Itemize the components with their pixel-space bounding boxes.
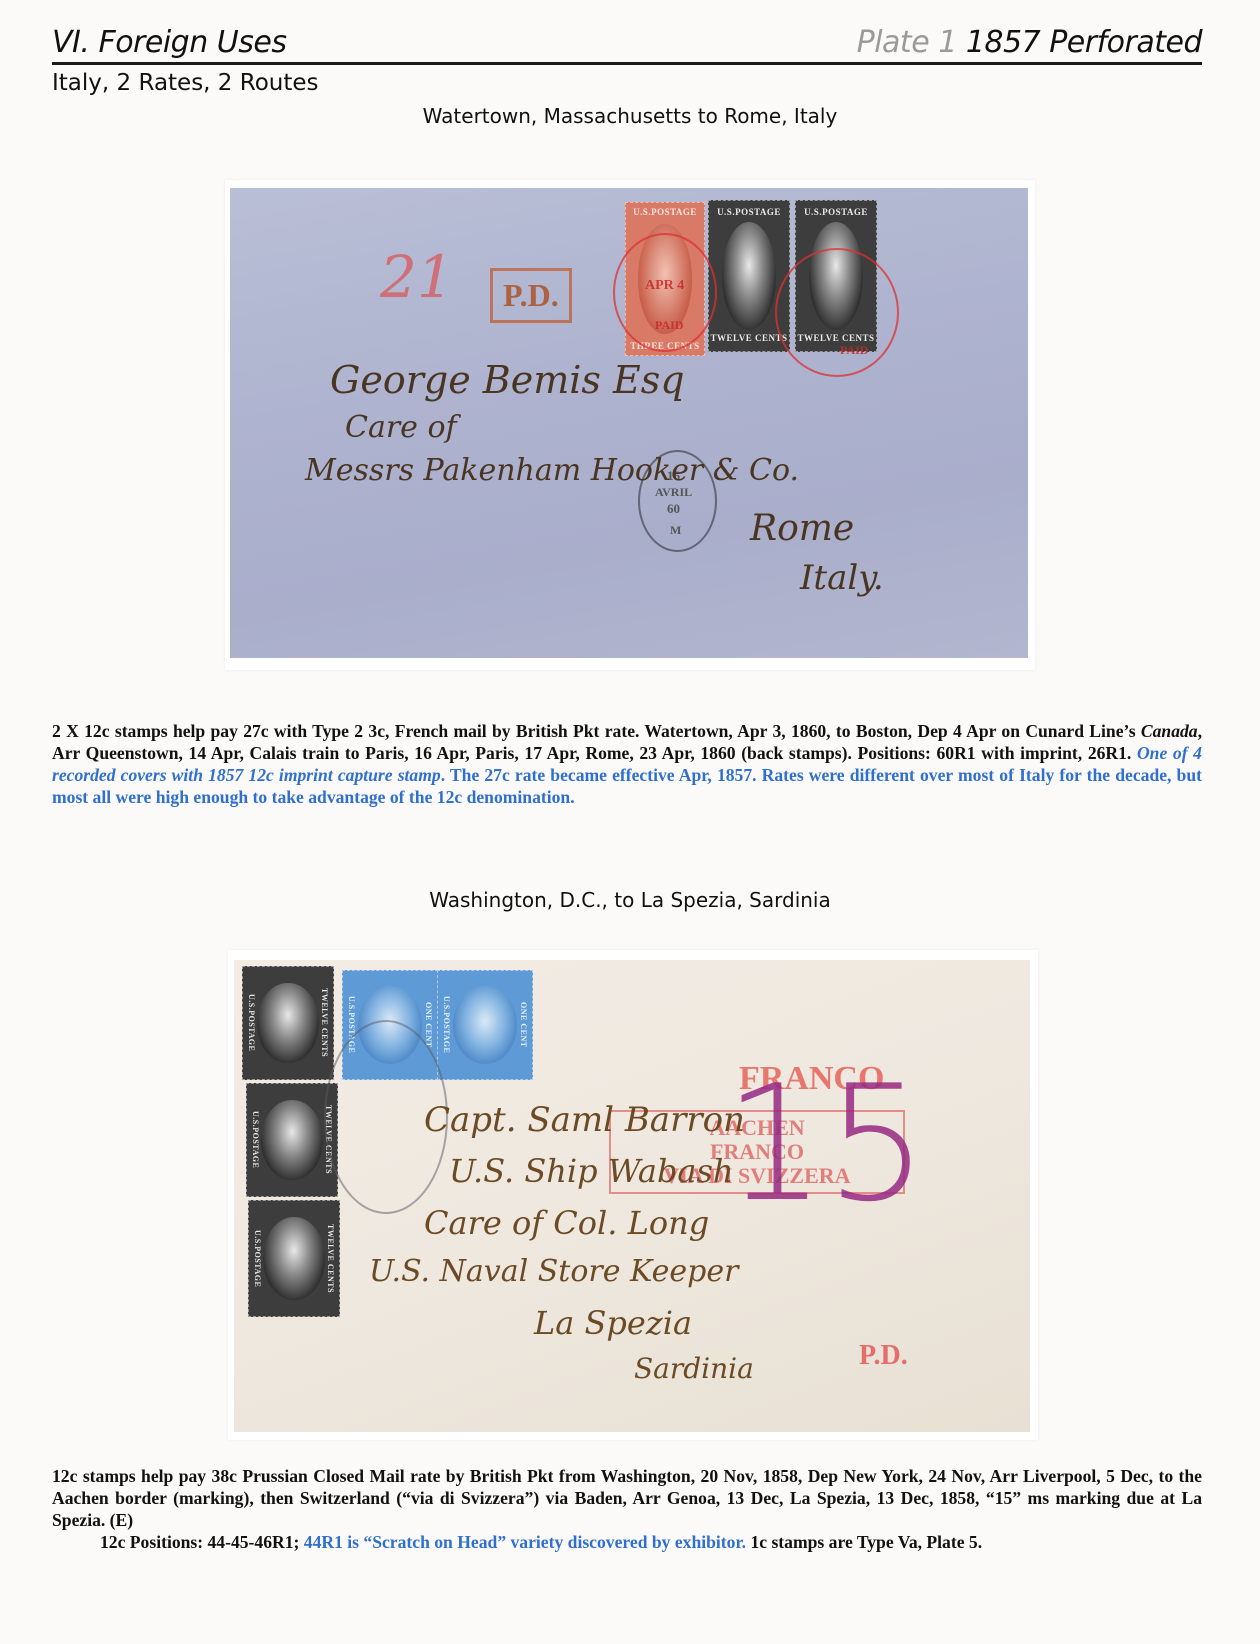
address-line: Italy.: [800, 558, 884, 598]
plate-label: Plate 1: [857, 25, 957, 60]
cover-2-paper: U.S.POSTAGE TWELVE CENTS U.S.POSTAGE TWE…: [234, 960, 1030, 1432]
address-line: Sardinia: [634, 1352, 754, 1385]
pd-boxed-marking: P.D.: [490, 268, 572, 323]
page-subtitle: Italy, 2 Rates, 2 Routes: [52, 70, 319, 96]
address-line: U.S. Naval Store Keeper: [369, 1254, 738, 1289]
rate-manuscript: 21: [380, 243, 454, 311]
address-line: Rome: [750, 508, 854, 549]
due-15-manuscript: 15: [724, 1050, 928, 1237]
header-right: Plate 1 1857 Perforated: [857, 25, 1202, 60]
portrait-icon: [257, 983, 318, 1064]
stamp-12c-black: U.S.POSTAGE TWELVE CENTS: [242, 966, 334, 1080]
address-line: U.S. Ship Wabash: [449, 1152, 734, 1190]
postmark-red: [775, 248, 899, 377]
cover-1-paper: U.S.POSTAGE THREE CENTS U.S.POSTAGE TWEL…: [230, 188, 1028, 658]
positions-line: 12c Positions: 44-45-46R1; 44R1 is “Scra…: [52, 1531, 1202, 1553]
address-line: Capt. Saml Barron: [424, 1100, 745, 1140]
issue-label: 1857 Perforated: [966, 25, 1202, 60]
page-header: VI. Foreign Uses Plate 1 1857 Perforated: [52, 22, 1202, 65]
portrait-icon: [263, 1217, 324, 1300]
portrait-icon: [453, 986, 517, 1064]
stamp-12c-black: U.S.POSTAGE TWELVE CENTS: [248, 1200, 340, 1317]
cover-1-title: Watertown, Massachusetts to Rome, Italy: [0, 104, 1260, 128]
cover-2-caption: 12c stamps help pay 38c Prussian Closed …: [52, 1465, 1202, 1553]
portrait-icon: [722, 222, 776, 330]
address-line: Messrs Pakenham Hooker & Co.: [305, 453, 799, 488]
cover-2-title: Washington, D.C., to La Spezia, Sardinia: [0, 888, 1260, 912]
stamp-1c-blue: U.S.POSTAGE ONE CENT: [437, 970, 533, 1080]
ship-name: Canada: [1141, 721, 1198, 741]
portrait-icon: [261, 1100, 322, 1181]
address-line: George Bemis Esq: [330, 358, 685, 402]
pd-marking: P.D.: [859, 1340, 908, 1372]
highlight-text: 44R1 is “Scratch on Head” variety discov…: [304, 1532, 746, 1552]
address-line: Care of: [345, 410, 457, 445]
address-line: Care of Col. Long: [424, 1204, 709, 1242]
cover-2-image: U.S.POSTAGE TWELVE CENTS U.S.POSTAGE TWE…: [228, 950, 1038, 1440]
cover-1-caption: 2 X 12c stamps help pay 27c with Type 2 …: [52, 720, 1202, 808]
address-line: La Spezia: [534, 1304, 692, 1342]
cover-1-image: U.S.POSTAGE THREE CENTS U.S.POSTAGE TWEL…: [225, 180, 1035, 670]
section-title: VI. Foreign Uses: [52, 25, 286, 60]
